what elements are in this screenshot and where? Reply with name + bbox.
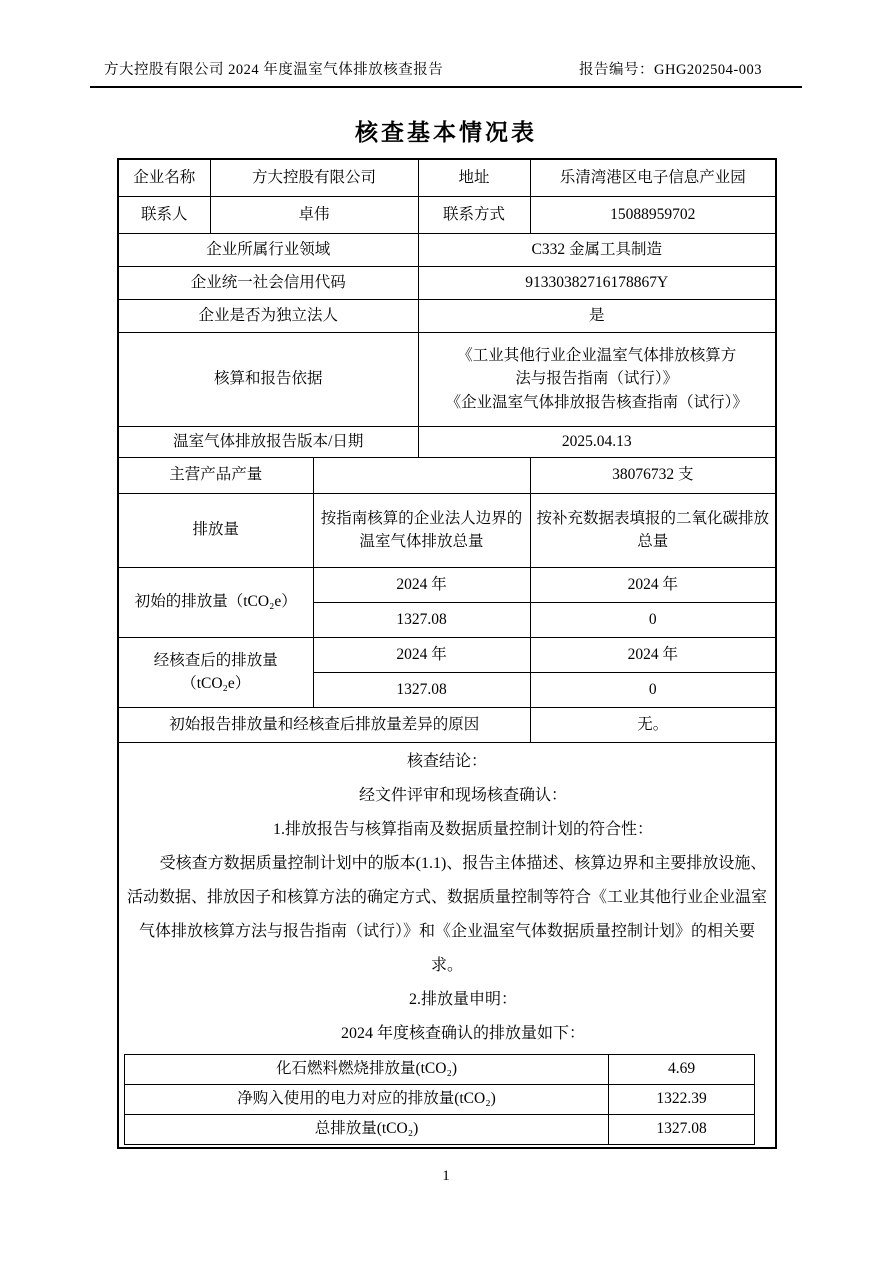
verified-emissions-year-supplementary: 2024 年 [530,637,776,672]
table-row: 初始报告排放量和经核查后排放量差异的原因 无。 [118,707,776,742]
credit-code-label: 企业统一社会信用代码 [118,266,418,299]
table-row: 主营产品产量 38076732 支 [118,457,776,493]
address-label: 地址 [418,159,530,196]
table-row: 经核查后的排放量（tCO₂e） 2024 年 2024 年 [118,637,776,672]
header-report-title: 方大控股有限公司 2024 年度温室气体排放核查报告 [104,58,443,79]
initial-emissions-year-supplementary: 2024 年 [530,567,776,602]
initial-emissions-label: 初始的排放量（tCO₂e） [118,567,313,637]
table-row: 核查结论： 经文件评审和现场核查确认： 1.排放报告与核算指南及数据质量控制计划… [118,742,776,1148]
purchased-electricity-emissions-label: 净购入使用的电力对应的排放量(tCO₂) [125,1084,609,1114]
header-report-number: 报告编号：GHG202504-003 [579,58,762,79]
company-name-label: 企业名称 [118,159,210,196]
verified-emissions-year-boundary: 2024 年 [313,637,530,672]
table-row: 核算和报告依据 《工业其他行业企业温室气体排放核算方 法与报告指南（试行）》 《… [118,332,776,426]
page-title: 核查基本情况表 [0,114,892,147]
independent-entity-value: 是 [418,299,776,332]
document-header: 方大控股有限公司 2024 年度温室气体排放核查报告 报告编号：GHG20250… [90,58,802,88]
fossil-fuel-emissions-value: 4.69 [609,1054,755,1084]
emissions-boundary-header: 按指南核算的企业法人边界的温室气体排放总量 [313,493,530,567]
table-row: 企业名称 方大控股有限公司 地址 乐清湾港区电子信息产业园 [118,159,776,196]
page-number: 1 [0,1168,892,1185]
contact-label: 联系人 [118,196,210,233]
report-version-value: 2025.04.13 [418,426,776,457]
table-row: 联系人 卓伟 联系方式 15088959702 [118,196,776,233]
initial-emissions-value-boundary: 1327.08 [313,602,530,637]
table-row: 企业统一社会信用代码 91330382716178867Y [118,266,776,299]
total-emissions-label: 总排放量(tCO₂) [125,1114,609,1144]
initial-emissions-value-supplementary: 0 [530,602,776,637]
table-row: 初始的排放量（tCO₂e） 2024 年 2024 年 [118,567,776,602]
report-version-label: 温室气体排放报告版本/日期 [118,426,418,457]
conclusion-heading: 核查结论： [124,745,770,779]
confirmed-emissions-table: 化石燃料燃烧排放量(tCO₂) 4.69 净购入使用的电力对应的排放量(tCO₂… [124,1054,755,1145]
table-row: 净购入使用的电力对应的排放量(tCO₂) 1322.39 [125,1084,755,1114]
table-row: 企业是否为独立法人 是 [118,299,776,332]
emissions-supplementary-header: 按补充数据表填报的二氧化碳排放总量 [530,493,776,567]
verified-emissions-label: 经核查后的排放量（tCO₂e） [118,637,313,707]
conclusion-paragraph: 受核查方数据质量控制计划中的版本(1.1)、报告主体描述、核算边界和主要排放设施… [124,847,770,983]
empty-cell [313,457,530,493]
verification-conclusion-cell: 核查结论： 经文件评审和现场核查确认： 1.排放报告与核算指南及数据质量控制计划… [118,742,776,1148]
conclusion-paragraph: 经文件评审和现场核查确认： [124,779,770,813]
initial-emissions-year-boundary: 2024 年 [313,567,530,602]
product-output-label: 主营产品产量 [118,457,313,493]
difference-reason-value: 无。 [530,707,776,742]
independent-entity-label: 企业是否为独立法人 [118,299,418,332]
fossil-fuel-emissions-label: 化石燃料燃烧排放量(tCO₂) [125,1054,609,1084]
table-row: 化石燃料燃烧排放量(tCO₂) 4.69 [125,1054,755,1084]
accounting-basis-value: 《工业其他行业企业温室气体排放核算方 法与报告指南（试行）》 《企业温室气体排放… [418,332,776,426]
credit-code-value: 91330382716178867Y [418,266,776,299]
verified-emissions-value-supplementary: 0 [530,672,776,707]
report-page: 方大控股有限公司 2024 年度温室气体排放核查报告 报告编号：GHG20250… [0,0,892,1262]
address-value: 乐清湾港区电子信息产业园 [530,159,776,196]
accounting-basis-label: 核算和报告依据 [118,332,418,426]
conclusion-paragraph: 1.排放报告与核算指南及数据质量控制计划的符合性： [124,813,770,847]
difference-reason-label: 初始报告排放量和经核查后排放量差异的原因 [118,707,530,742]
product-output-value: 38076732 支 [530,457,776,493]
table-row: 温室气体排放报告版本/日期 2025.04.13 [118,426,776,457]
conclusion-paragraph: 2.排放量申明： [124,983,770,1017]
emissions-label: 排放量 [118,493,313,567]
industry-label: 企业所属行业领域 [118,233,418,266]
industry-value: C332 金属工具制造 [418,233,776,266]
purchased-electricity-emissions-value: 1322.39 [609,1084,755,1114]
company-name-value: 方大控股有限公司 [210,159,418,196]
table-row: 企业所属行业领域 C332 金属工具制造 [118,233,776,266]
total-emissions-value: 1327.08 [609,1114,755,1144]
verified-emissions-value-boundary: 1327.08 [313,672,530,707]
phone-label: 联系方式 [418,196,530,233]
contact-value: 卓伟 [210,196,418,233]
table-row: 排放量 按指南核算的企业法人边界的温室气体排放总量 按补充数据表填报的二氧化碳排… [118,493,776,567]
conclusion-paragraph: 2024 年度核查确认的排放量如下： [124,1017,770,1051]
verification-info-table: 企业名称 方大控股有限公司 地址 乐清湾港区电子信息产业园 联系人 卓伟 联系方… [117,158,777,1149]
phone-value: 15088959702 [530,196,776,233]
table-row: 总排放量(tCO₂) 1327.08 [125,1114,755,1144]
